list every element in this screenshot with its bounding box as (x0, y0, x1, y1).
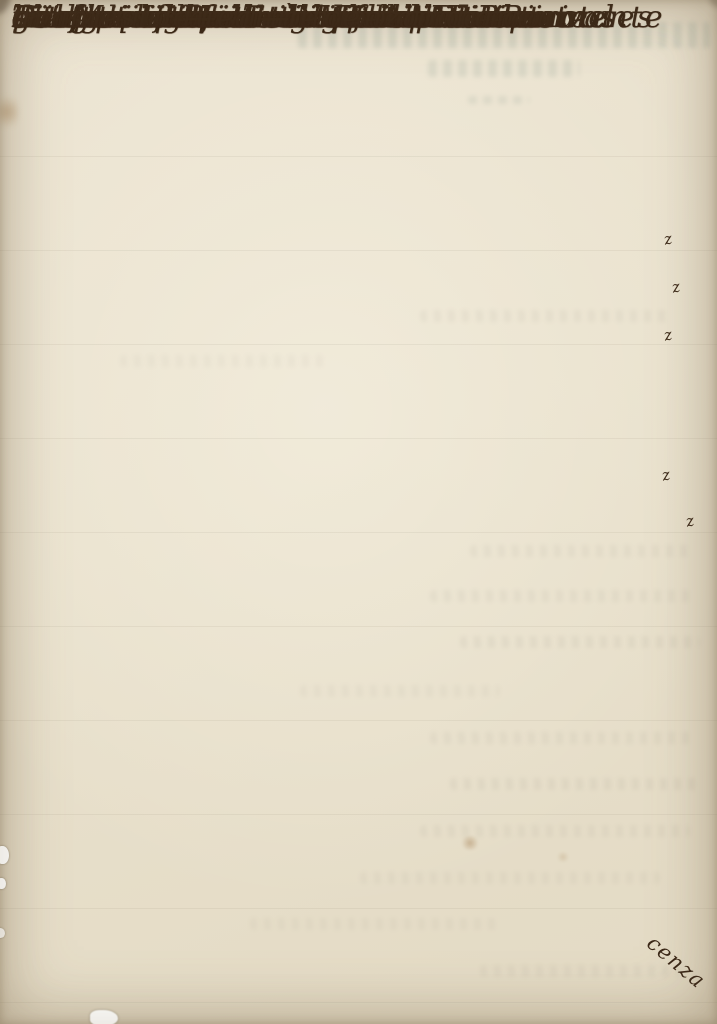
corner-shadow (0, 0, 10, 14)
handwriting-showthrough (430, 732, 690, 744)
ruled-line-showthrough (0, 908, 717, 909)
corner-shadow (709, 0, 717, 8)
handwriting-showthrough (250, 918, 500, 930)
paper-stain (460, 836, 480, 850)
handwriting-showthrough (430, 590, 690, 602)
paper-stain (0, 92, 18, 132)
handwriting-showthrough (360, 872, 660, 884)
letterhead-showthrough-band (428, 60, 580, 77)
handwriting-showthrough (480, 965, 680, 977)
hyphenation-mark: z (670, 277, 681, 296)
handwriting-showthrough (300, 685, 500, 697)
hyphenation-mark: z (662, 325, 673, 344)
handwriting-showthrough (420, 825, 690, 837)
ruled-line-showthrough (0, 814, 717, 815)
ruled-line-showthrough (0, 156, 717, 157)
ruled-line-showthrough (0, 626, 717, 627)
paper-chip (90, 1010, 118, 1024)
paper-chip (0, 878, 6, 889)
hyphenation-mark: z (660, 465, 671, 484)
handwriting-showthrough (120, 355, 330, 367)
ruled-line-showthrough (0, 1002, 717, 1003)
ruled-line-showthrough (0, 344, 717, 345)
hyphenation-mark: z (684, 511, 695, 530)
ruled-line-showthrough (0, 720, 717, 721)
letterhead-showthrough-mark (468, 96, 530, 104)
handwriting-showthrough (420, 310, 670, 322)
paper-stain (556, 852, 570, 862)
handwriting-showthrough (470, 545, 690, 557)
ruled-line-showthrough (0, 532, 717, 533)
handwriting-showthrough (450, 778, 700, 790)
handwriting-showthrough (460, 636, 700, 648)
ruled-line-showthrough (0, 438, 717, 439)
ruled-line-showthrough (0, 250, 717, 251)
manuscript-page: o si sente osservato. Non esistono distu… (0, 0, 717, 1024)
paper-chip (0, 928, 5, 938)
paper-chip (0, 846, 9, 864)
diagonal-word-fragment: cenza (642, 931, 710, 994)
hyphenation-mark: z (662, 229, 673, 248)
manuscript-line: di mesi due — (12, 0, 292, 35)
paper-vignette (0, 0, 717, 1024)
